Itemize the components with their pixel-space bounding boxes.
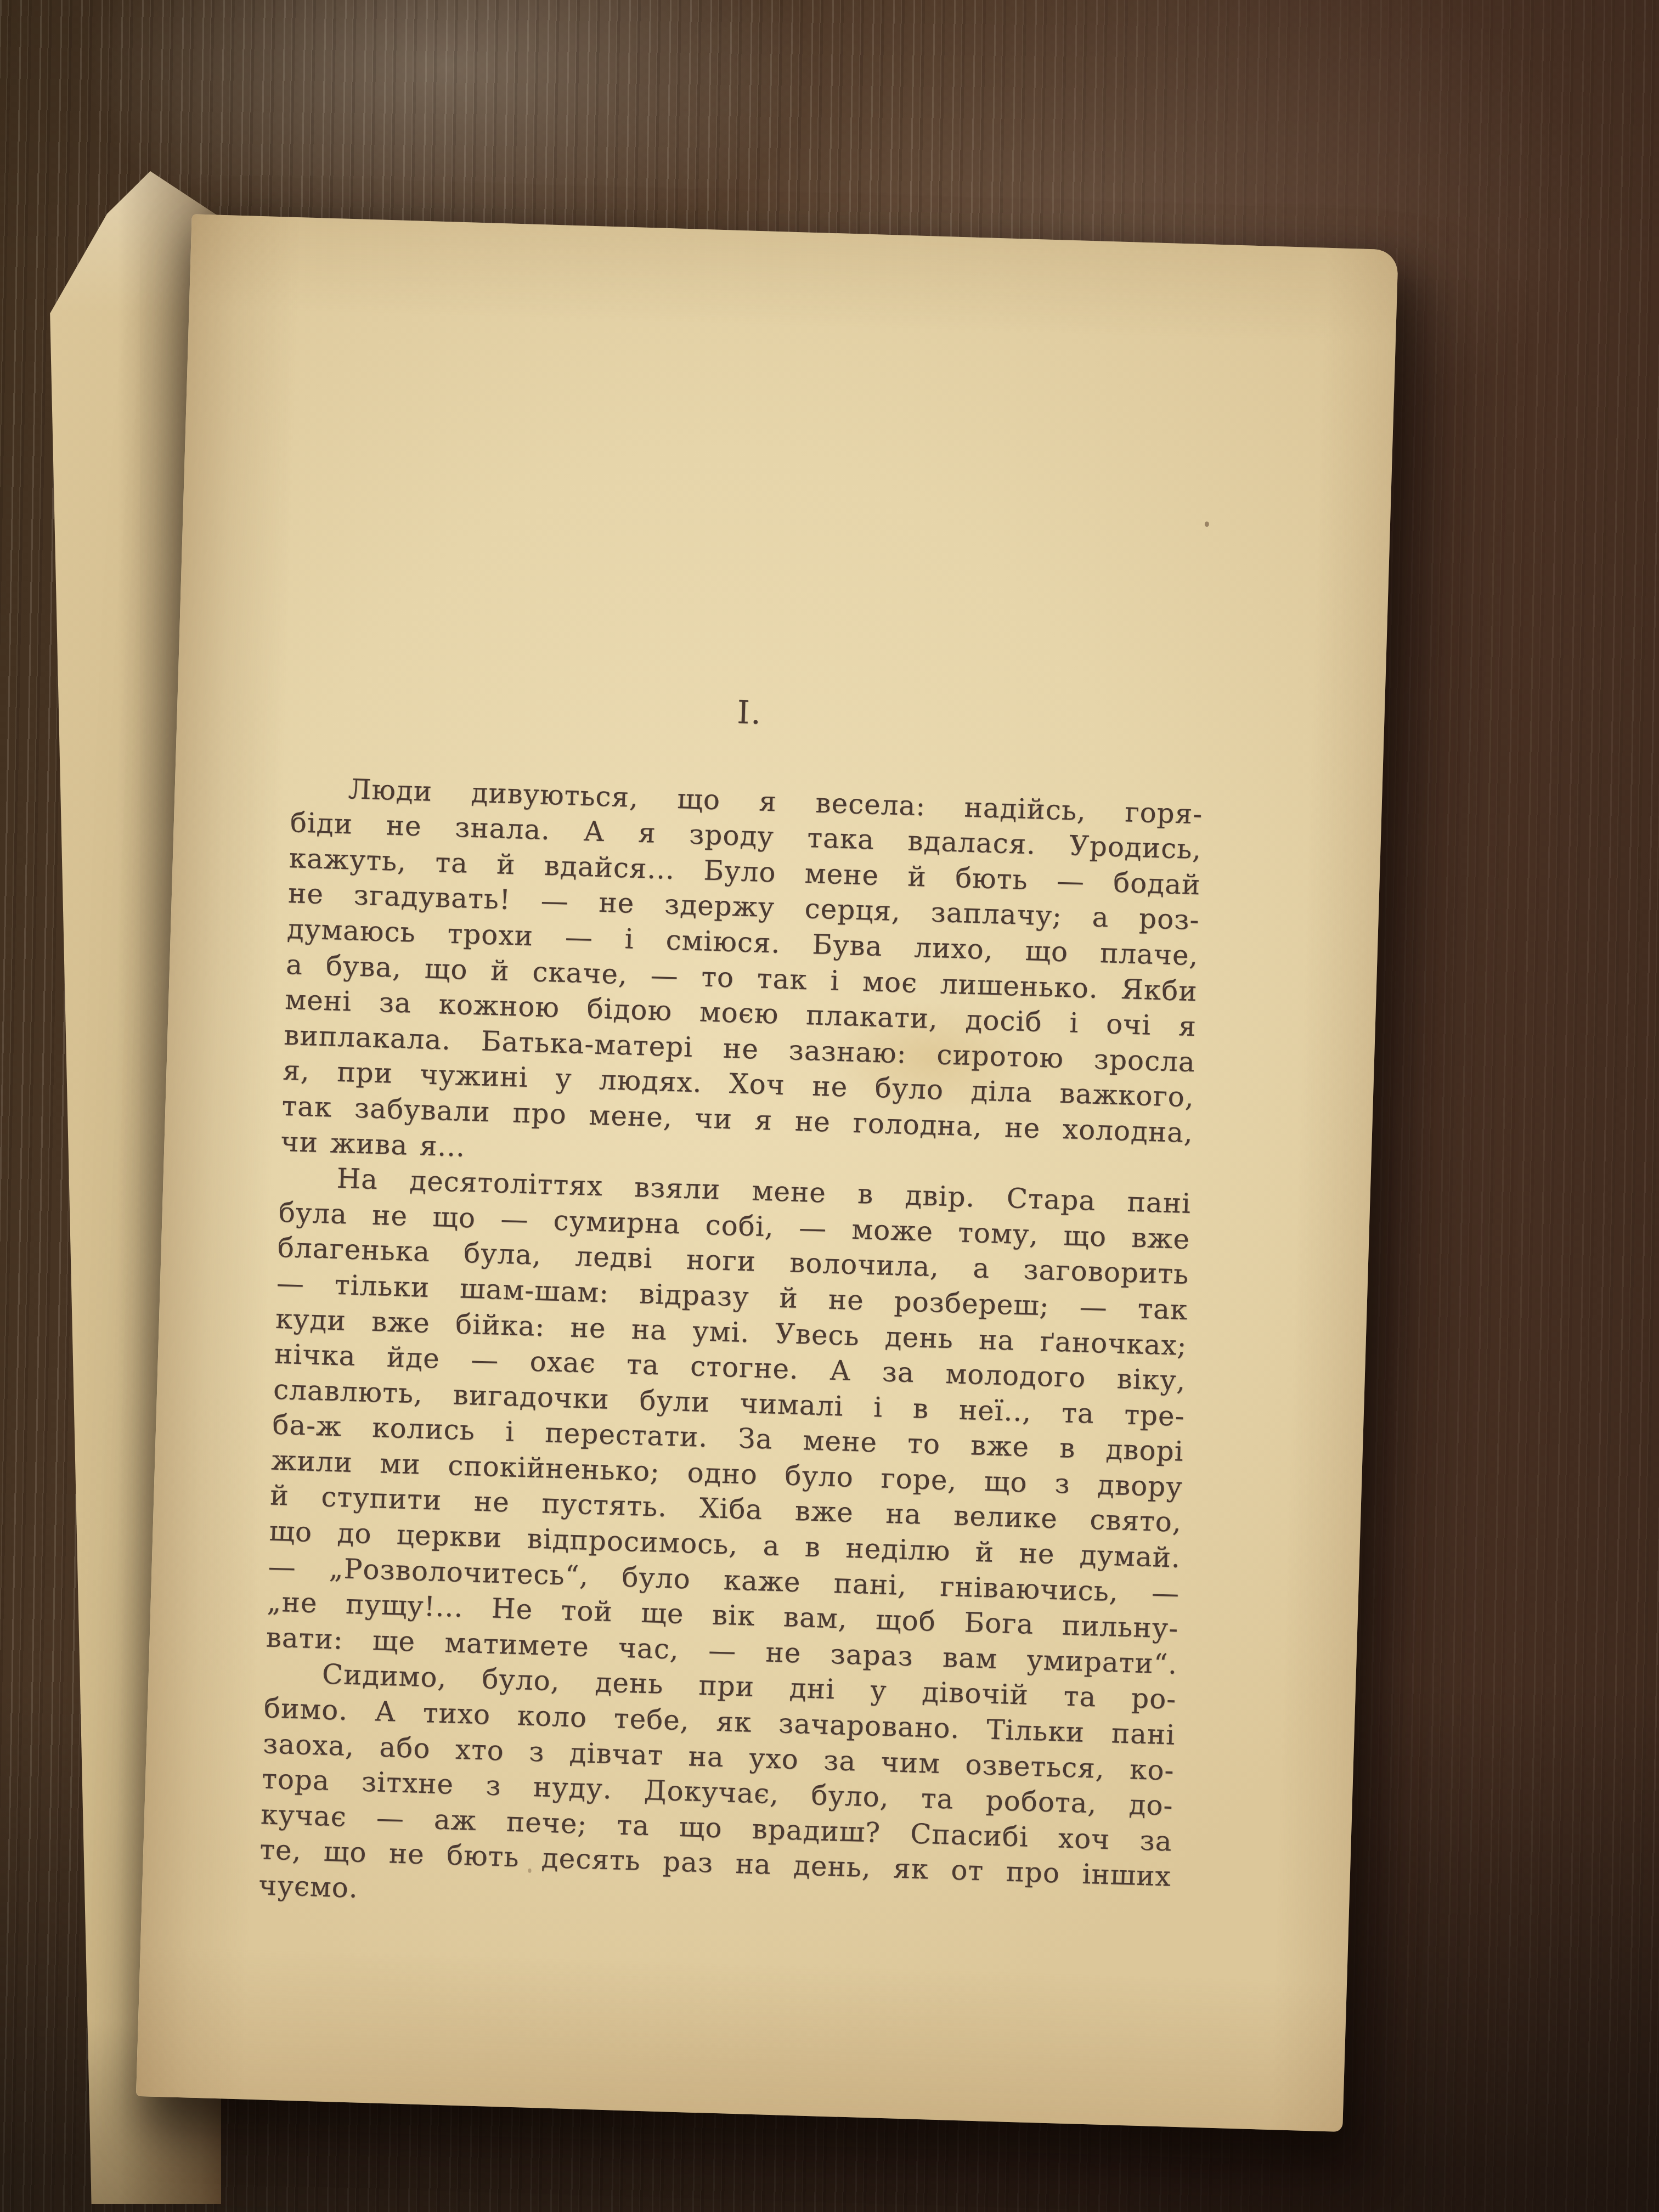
paragraph: На десятоліттях взяли мене в двір. Стара… — [266, 1159, 1192, 1682]
printed-text-block: І. Люди дивуються, що я весела: надійсь,… — [258, 681, 1206, 1930]
book-page: І. Люди дивуються, що я весела: надійсь,… — [136, 214, 1398, 2132]
paragraph: Сидимо, було, день при дні у дівочій та … — [258, 1655, 1177, 1930]
paragraph: Люди дивуються, що я весела: надійсь, го… — [280, 770, 1203, 1187]
